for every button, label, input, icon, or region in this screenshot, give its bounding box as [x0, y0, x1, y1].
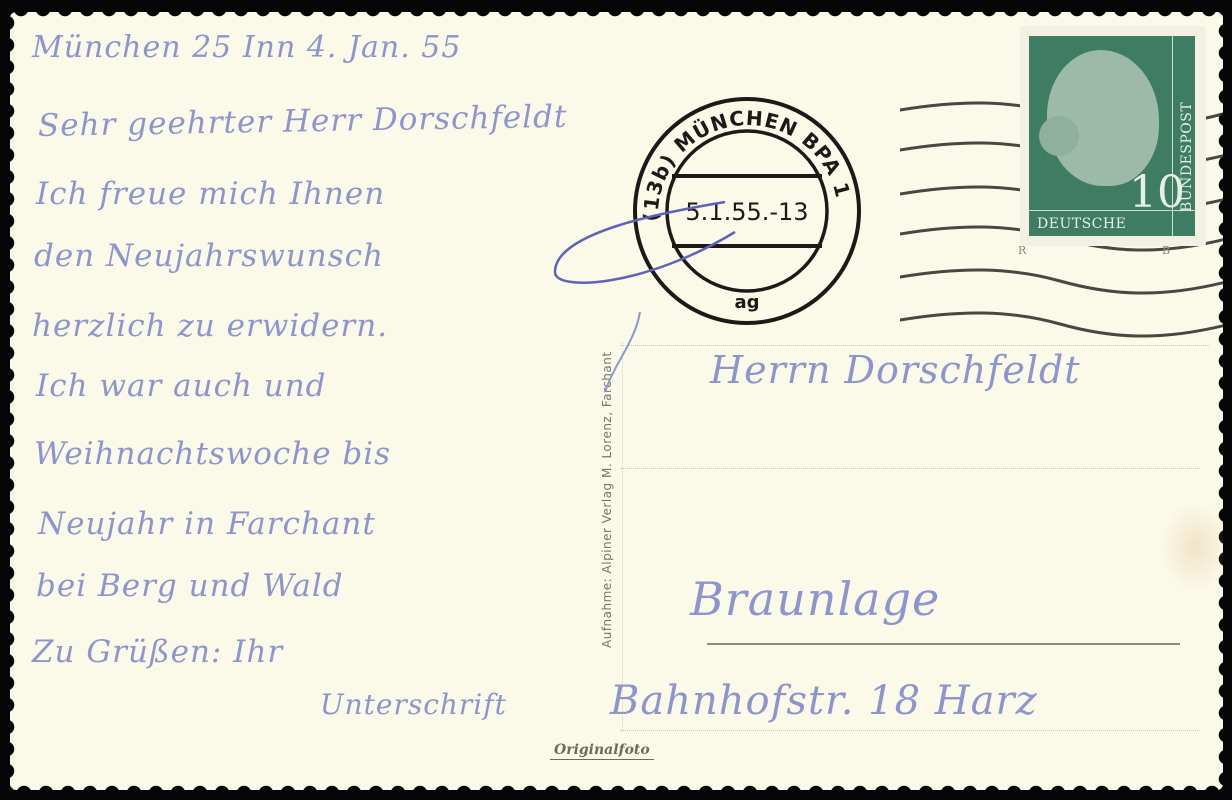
divider-line [622, 342, 623, 732]
city-underline [707, 643, 1180, 645]
stamp-portrait-panel: 10 DEUTSCHE BUNDESPOST [1029, 36, 1195, 236]
address-city: Braunlage [690, 572, 940, 626]
stamp-country: DEUTSCHE [1037, 216, 1126, 232]
message-line: den Neujahrswunsch [34, 238, 384, 274]
postcard: München 25 Inn 4. Jan. 55 Sehr geehrter … [10, 12, 1223, 790]
address-street: Bahnhofstr. 18 Harz [610, 678, 1038, 724]
message-line: herzlich zu erwidern. [32, 308, 388, 344]
deckled-edge-bottom [10, 782, 1223, 790]
publisher-credit: Aufnahme: Alpiner Verlag M. Lorenz, Farc… [600, 351, 614, 648]
message-line: bei Berg und Wald [36, 568, 344, 604]
message-line: Neujahr in Farchant [38, 506, 376, 542]
stamp-mark-left: R [1018, 244, 1026, 257]
message-line: Ich war auch und [36, 368, 327, 404]
signature: Unterschrift [320, 688, 507, 721]
message-date-line: München 25 Inn 4. Jan. 55 [32, 30, 461, 65]
message-line: Sehr geehrter Herr Dorschfeldt [38, 99, 568, 144]
pen-scribble [545, 192, 745, 392]
address-line-4 [620, 730, 1200, 731]
deckled-edge-top [10, 12, 1223, 20]
portrait-face-icon [1039, 116, 1079, 156]
message-line: Weihnachtswoche bis [34, 436, 391, 472]
originalfoto-mark: Originalfoto [550, 742, 654, 760]
postage-stamp: 10 DEUTSCHE BUNDESPOST [1020, 26, 1206, 246]
address-line-2 [620, 468, 1200, 469]
message-line: Ich freue mich Ihnen [36, 176, 385, 212]
paper-stain [1160, 502, 1223, 592]
stamp-value: 10 [1129, 171, 1185, 215]
address-recipient: Herrn Dorschfeldt [710, 348, 1081, 392]
stamp-post-label: BUNDESPOST [1179, 102, 1195, 212]
deckled-edge-left [10, 12, 18, 790]
stamp-mark-right: B [1162, 244, 1170, 257]
message-line: Zu Grüßen: Ihr [32, 634, 283, 670]
